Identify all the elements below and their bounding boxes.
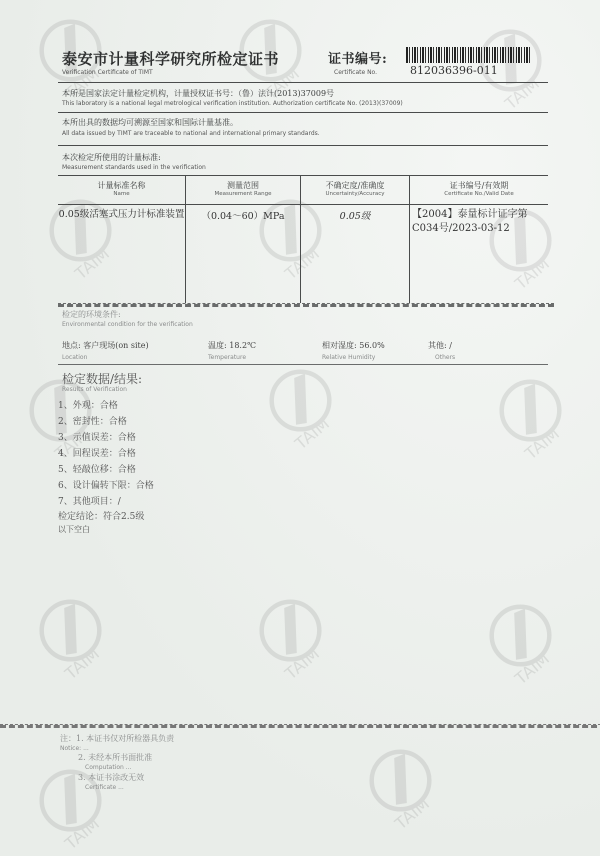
header-en: Name — [58, 191, 185, 197]
temperature-value: 18.2℃ — [229, 341, 256, 350]
svg-text:TAIM: TAIM — [391, 794, 433, 830]
svg-text:TAIM: TAIM — [61, 814, 103, 850]
header-en: Certificate No./Valid Date — [410, 191, 548, 197]
svg-text:TAIM: TAIM — [281, 244, 323, 280]
cert-no: 812036396-011 — [410, 64, 498, 77]
table-header-certificate: 证书编号/有效期 Certificate No./Valid Date — [410, 180, 548, 197]
watermark-logo-icon: TAIM — [360, 740, 450, 830]
result-item: 1、外观：合格 — [58, 398, 118, 411]
footer-divider — [0, 724, 600, 728]
location-label: 地点: — [62, 341, 81, 350]
statement-traceability-en: All data issued by TIMT are traceable to… — [62, 130, 320, 137]
result-item: 4、回程误差：合格 — [58, 446, 136, 459]
statement-authorization-en: This laboratory is a national legal metr… — [62, 100, 403, 107]
result-item: 5、轻敲位移：合格 — [58, 462, 136, 475]
certificate-page: TAIM TAIM TAIM TAIM TAIM TAIM TAIM TAIM … — [0, 0, 600, 856]
barcode — [406, 47, 532, 63]
statement-traceability: 本所出具的数据均可溯源至国家和国际计量基准。 — [62, 117, 238, 128]
watermark-logo-icon: TAIM — [30, 590, 120, 680]
footer-note-3: 3. 本证书涂改无效 — [78, 772, 144, 783]
footer-note-1: 注：1. 本证书仅对所检器具负责 — [60, 733, 174, 744]
header-en: Measurement Range — [186, 191, 300, 197]
footer-note-3-en: Certificate ... — [85, 784, 124, 791]
standard-accuracy: 0.05级 — [301, 208, 409, 222]
table-header-name: 计量标准名称 Name — [58, 180, 185, 197]
result-item: 7、其他项目：/ — [58, 494, 121, 507]
temperature-label: 温度: — [208, 341, 227, 350]
certificate-title: 泰安市计量科学研究所检定证书 — [62, 48, 279, 69]
temperature-field: 温度: 18.2℃ — [208, 340, 256, 351]
divider — [58, 364, 548, 365]
svg-text:TAIM: TAIM — [501, 74, 543, 110]
location-field: 地点: 客户现场(on site) — [62, 340, 149, 351]
table-header-border — [58, 204, 548, 205]
result-item: 2、密封性：合格 — [58, 414, 127, 427]
other-en: Others — [435, 354, 455, 361]
other-label: 其他: — [428, 341, 447, 350]
svg-text:TAIM: TAIM — [521, 424, 563, 460]
result-conclusion: 检定结论：符合2.5级 — [58, 509, 144, 522]
footer-note-1-en: Notice: ... — [60, 745, 89, 752]
humidity-field: 相对湿度: 56.0% — [322, 340, 385, 351]
humidity-value: 56.0% — [359, 341, 384, 350]
environment-label-en: Environmental condition for the verifica… — [62, 321, 193, 328]
divider — [58, 82, 548, 83]
standards-label: 本次检定所使用的计量标准: — [62, 152, 161, 163]
header-zh: 计量标准名称 — [58, 180, 185, 191]
watermark-logo-icon: TAIM — [260, 360, 350, 450]
temperature-en: Temperature — [208, 354, 246, 361]
table-top-border — [58, 175, 548, 176]
standards-label-en: Measurement standards used in the verifi… — [62, 164, 206, 171]
table-header-range: 测量范围 Measurement Range — [186, 180, 300, 197]
header-zh: 证书编号/有效期 — [410, 180, 548, 191]
table-bottom-border — [58, 303, 554, 307]
footer-note-2: 2. 未经本所书面批准 — [78, 752, 152, 763]
humidity-label: 相对湿度: — [322, 341, 357, 350]
svg-text:TAIM: TAIM — [511, 254, 553, 290]
watermark-logo-icon: TAIM — [480, 595, 570, 685]
watermark-logo-icon: TAIM — [490, 370, 580, 460]
result-end: 以下空白 — [58, 524, 90, 535]
svg-text:TAIM: TAIM — [511, 649, 553, 685]
certificate-title-en: Verification Certificate of TIMT — [62, 69, 153, 76]
standard-range: （0.04～60）MPa — [186, 208, 300, 222]
divider — [58, 145, 548, 146]
header-zh: 测量范围 — [186, 180, 300, 191]
divider — [58, 112, 548, 113]
location-value: 客户现场(on site) — [83, 341, 148, 350]
statement-authorization: 本所是国家法定计量检定机构，计量授权证书号：（鲁）法计(2013)37009号 — [62, 88, 334, 99]
location-en: Location — [62, 354, 87, 361]
svg-text:TAIM: TAIM — [281, 644, 323, 680]
watermark-logo-icon: TAIM — [250, 590, 340, 680]
results-label-en: Results of Verification — [62, 386, 127, 393]
humidity-en: Relative Humidity — [322, 354, 375, 361]
standard-certificate: 【2004】泰量标计证字第C034号/2023-03-12 — [412, 208, 546, 236]
svg-text:TAIM: TAIM — [61, 644, 103, 680]
svg-text:TAIM: TAIM — [71, 244, 113, 280]
cert-no-label: 证书编号: — [328, 48, 387, 67]
header-en: Uncertainty/Accuracy — [301, 191, 409, 197]
footer-note-2-en: Computation ... — [85, 764, 131, 771]
cert-no-label-en: Certificate No. — [334, 69, 377, 76]
environment-label: 检定的环境条件: — [62, 309, 121, 320]
svg-text:TAIM: TAIM — [291, 414, 333, 450]
result-item: 3、示值误差：合格 — [58, 430, 136, 443]
standard-name: 0.05级活塞式压力计标准装置 — [58, 208, 185, 222]
header-zh: 不确定度/准确度 — [301, 180, 409, 191]
other-value: / — [449, 341, 452, 350]
table-header-accuracy: 不确定度/准确度 Uncertainty/Accuracy — [301, 180, 409, 197]
results-label: 检定数据/结果: — [62, 370, 142, 387]
other-field: 其他: / — [428, 340, 452, 351]
result-item: 6、设计偏转下限：合格 — [58, 478, 154, 491]
